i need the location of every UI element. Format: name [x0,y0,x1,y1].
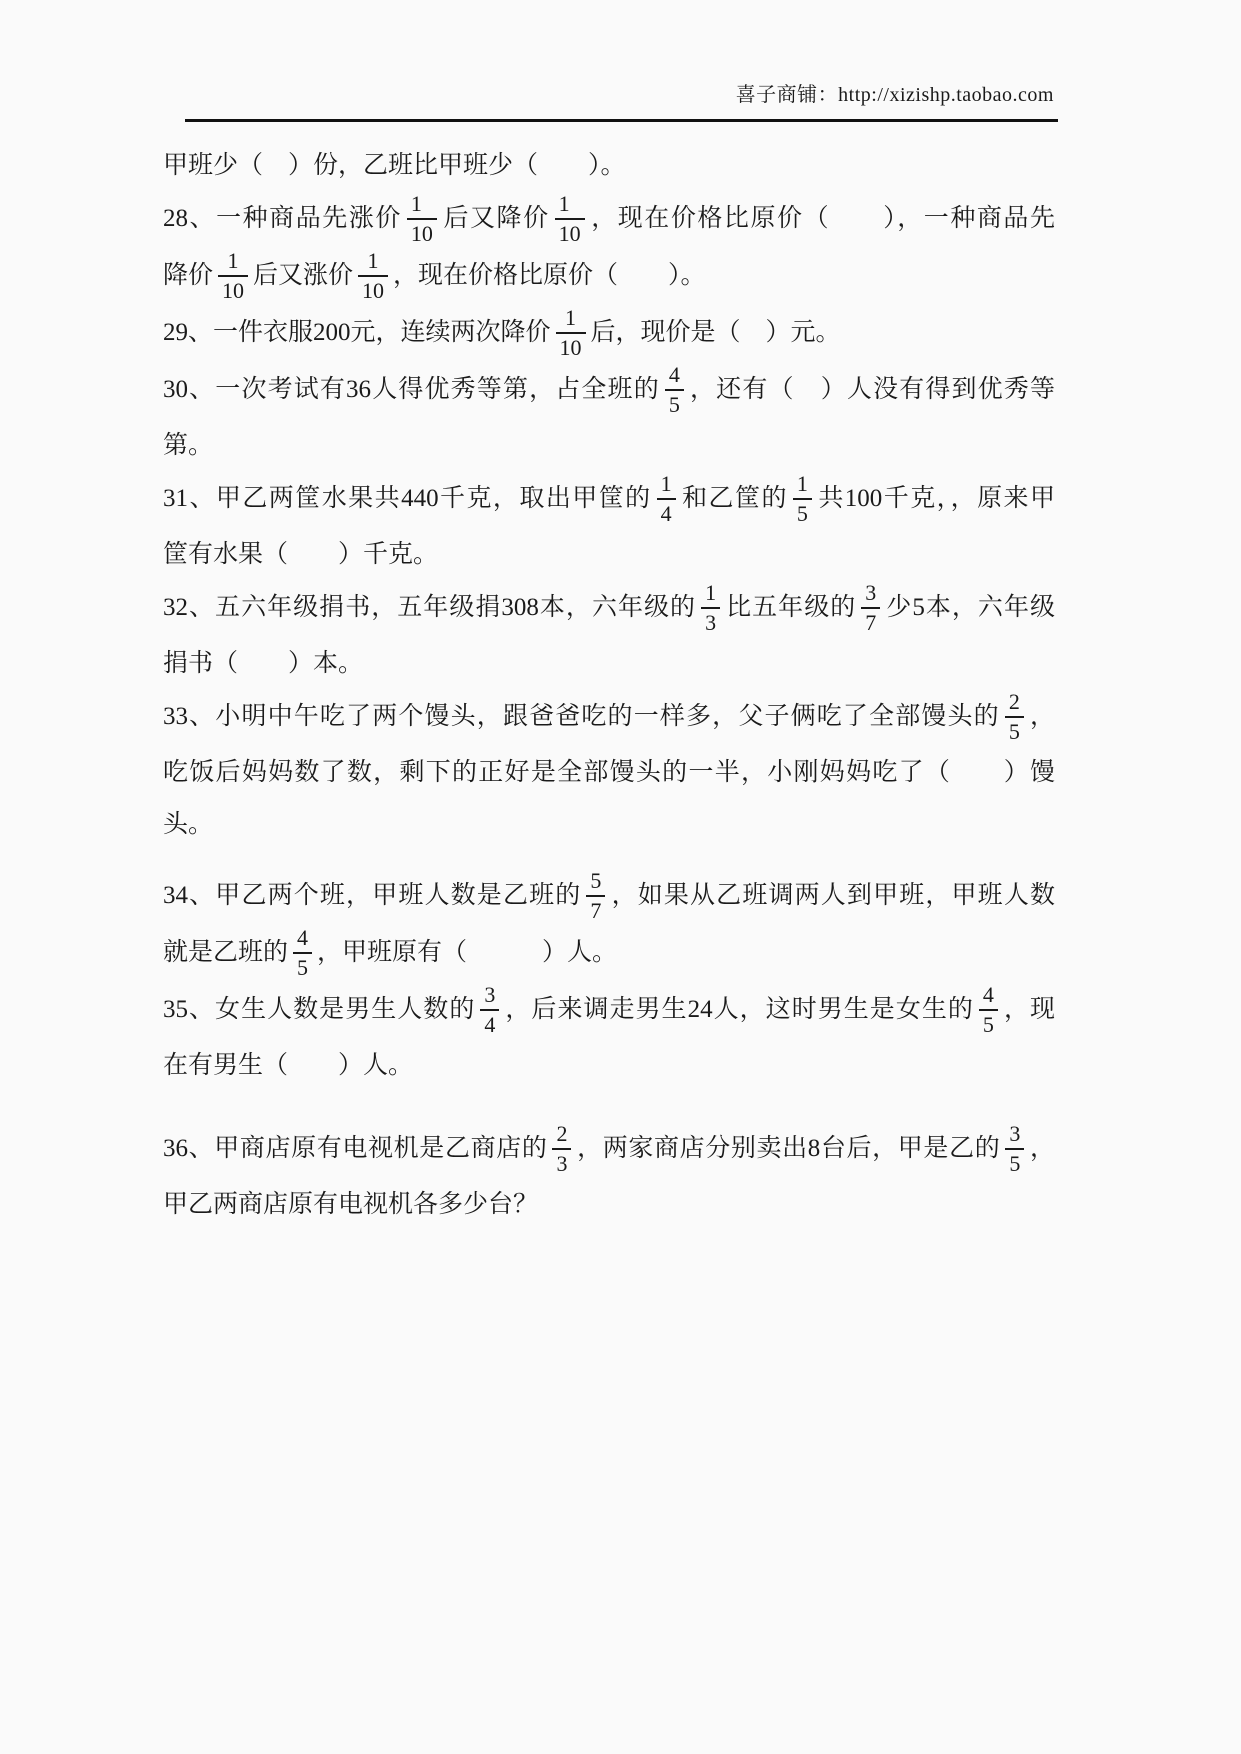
problem-33-line-1: 33、小明中午吃了两个馒头，跟爸爸吃的一样多，父子俩吃了全部馒头的25， [163,690,1055,747]
fraction-denominator: 5 [665,389,684,419]
problem-32-line-1: 32、五六年级捐书，五年级捐308本，六年级的13比五年级的37少5本，六年级 [163,581,1055,638]
fraction: 37 [861,579,880,636]
shop-watermark: 喜子商铺：http://xizishp.taobao.com [736,78,1054,107]
fraction: 23 [552,1120,571,1177]
fraction-numerator: 3 [480,981,499,1009]
fraction-denominator: 3 [552,1148,571,1178]
fraction-denominator: 5 [1005,716,1024,746]
fraction: 14 [657,470,676,527]
fraction: 35 [1005,1120,1024,1177]
problem-28-line-1: 28、一种商品先涨价110后又降价110，现在价格比原价（ ），一种商品先 [163,192,1055,249]
text-run: ， [1029,703,1055,730]
problem-32-line-2: 捐书（ ）本。 [163,638,1055,690]
problem-30-line-1: 30、一次考试有36人得优秀等第，占全班的45，还有（ ）人没有得到优秀等 [163,363,1055,420]
fraction-denominator: 4 [657,498,676,528]
text-run: 降价 [163,262,213,289]
fraction-denominator: 5 [793,498,812,528]
fraction-numerator: 1 [407,190,437,218]
problem-35-line-1: 35、女生人数是男生人数的34，后来调走男生24人，这时男生是女生的45，现 [163,983,1055,1040]
text-run: 比五年级的 [725,594,856,621]
problem-33-line-2: 吃饭后妈妈数了数，剩下的正好是全部馒头的一半，小刚妈妈吃了（ ）馒 [163,747,1055,799]
fraction-numerator: 4 [665,361,684,389]
fraction-denominator: 10 [407,218,437,248]
text-run: 34、甲乙两个班，甲班人数是乙班的 [163,882,581,909]
problem-33-line-3: 头。 [163,799,1055,851]
fraction: 110 [407,190,437,247]
text-run: 35、女生人数是男生人数的 [163,996,475,1023]
fraction: 34 [480,981,499,1038]
fraction-numerator: 5 [586,867,605,895]
fraction: 110 [556,304,586,361]
text-run: ，还有（ ）人没有得到优秀等 [689,376,1055,403]
text-run: 29、一件衣服200元，连续两次降价 [163,319,551,346]
text-run: ，两家商店分别卖出8台后，甲是乙的 [576,1135,1000,1162]
fraction: 13 [701,579,720,636]
fraction-numerator: 1 [358,247,388,275]
text-run: 第。 [163,432,213,459]
fraction-numerator: 2 [1005,688,1024,716]
fraction-numerator: 3 [861,579,880,607]
fraction-denominator: 10 [218,275,248,305]
fraction-denominator: 7 [586,895,605,925]
fraction-denominator: 5 [1005,1148,1024,1178]
problem-27-tail-line: 甲班少（ ）份，乙班比甲班少（ ）。 [163,140,1055,192]
problem-31-line-2: 筐有水果（ ）千克。 [163,529,1055,581]
fraction-numerator: 1 [701,579,720,607]
page: 喜子商铺：http://xizishp.taobao.com 甲班少（ ）份，乙… [0,0,1241,1754]
fraction-denominator: 5 [979,1009,998,1039]
text-run: 30、一次考试有36人得优秀等第，占全班的 [163,376,660,403]
text-run: 甲乙两商店原有电视机各多少台？ [163,1191,538,1218]
fraction: 45 [293,924,312,981]
fraction-numerator: 2 [552,1120,571,1148]
text-run: ，甲班原有（ ）人。 [317,939,617,966]
fraction: 110 [218,247,248,304]
text-run: 共100千克，，原来甲 [817,485,1055,512]
problem-31-line-1: 31、甲乙两筐水果共440千克，取出甲筐的14和乙筐的15共100千克，，原来甲 [163,472,1055,529]
document-body: 甲班少（ ）份，乙班比甲班少（ ）。28、一种商品先涨价110后又降价110，现… [163,140,1055,1231]
text-run: ，后来调走男生24人，这时男生是女生的 [504,996,974,1023]
text-run: 在有男生（ ）人。 [163,1052,413,1079]
fraction-numerator: 1 [657,470,676,498]
fraction-numerator: 3 [1005,1120,1024,1148]
text-run: ，如果从乙班调两人到甲班，甲班人数 [610,882,1055,909]
text-run: 后，现价是（ ）元。 [591,319,841,346]
text-run: 后又涨价 [253,262,353,289]
fraction: 15 [793,470,812,527]
problem-28-line-2: 降价110后又涨价110，现在价格比原价（ ）。 [163,249,1055,306]
text-run: 筐有水果（ ）千克。 [163,541,438,568]
fraction-denominator: 5 [293,952,312,982]
text-run: 就是乙班的 [163,939,288,966]
problem-35-line-2: 在有男生（ ）人。 [163,1040,1055,1092]
fraction-denominator: 4 [480,1009,499,1039]
fraction-numerator: 4 [293,924,312,952]
fraction-denominator: 7 [861,607,880,637]
fraction-denominator: 10 [555,218,585,248]
text-run: 和乙筐的 [681,485,788,512]
text-run: 31、甲乙两筐水果共440千克，取出甲筐的 [163,485,652,512]
text-run: 后又降价 [442,205,550,232]
problem-29-line: 29、一件衣服200元，连续两次降价110后，现价是（ ）元。 [163,306,1055,363]
fraction-denominator: 10 [556,332,586,362]
text-run: ， [1029,1135,1055,1162]
problem-36-line-1: 36、甲商店原有电视机是乙商店的23，两家商店分别卖出8台后，甲是乙的35， [163,1122,1055,1179]
text-run: 少5本，六年级 [885,594,1055,621]
fraction: 110 [358,247,388,304]
fraction-denominator: 10 [358,275,388,305]
fraction: 57 [586,867,605,924]
fraction-numerator: 1 [556,304,586,332]
text-run: 甲班少（ ）份，乙班比甲班少（ ）。 [163,152,626,179]
fraction-numerator: 4 [979,981,998,1009]
fraction-numerator: 1 [555,190,585,218]
fraction-denominator: 3 [701,607,720,637]
text-run: ，现在价格比原价（ ），一种商品先 [590,205,1055,232]
text-run: 32、五六年级捐书，五年级捐308本，六年级的 [163,594,696,621]
text-run: 33、小明中午吃了两个馒头，跟爸爸吃的一样多，父子俩吃了全部馒头的 [163,703,1000,730]
problem-36-line-2: 甲乙两商店原有电视机各多少台？ [163,1179,1055,1231]
text-run: 吃饭后妈妈数了数，剩下的正好是全部馒头的一半，小刚妈妈吃了（ ）馒 [163,759,1055,786]
fraction: 45 [979,981,998,1038]
fraction: 110 [555,190,585,247]
fraction-numerator: 1 [218,247,248,275]
text-run: 头。 [163,811,213,838]
text-run: 36、甲商店原有电视机是乙商店的 [163,1135,547,1162]
problem-30-line-2: 第。 [163,420,1055,472]
text-run: 捐书（ ）本。 [163,650,363,677]
problem-34-line-1: 34、甲乙两个班，甲班人数是乙班的57，如果从乙班调两人到甲班，甲班人数 [163,869,1055,926]
text-run: 28、一种商品先涨价 [163,205,402,232]
text-run: ，现在价格比原价（ ）。 [393,262,706,289]
header-rule [185,119,1058,122]
fraction-numerator: 1 [793,470,812,498]
fraction: 45 [665,361,684,418]
text-run: ，现 [1003,996,1055,1023]
problem-34-line-2: 就是乙班的45，甲班原有（ ）人。 [163,926,1055,983]
fraction: 25 [1005,688,1024,745]
